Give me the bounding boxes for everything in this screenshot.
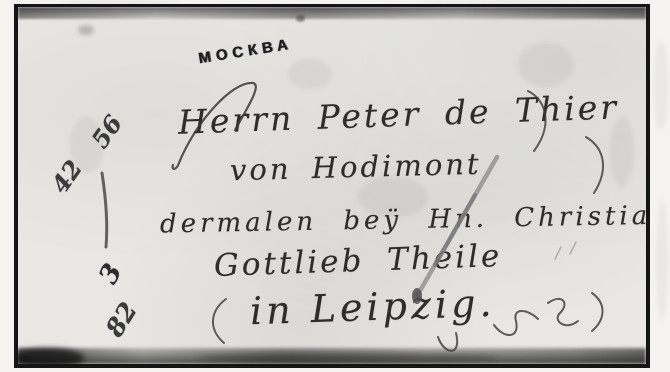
- trailing-squiggle-1: [494, 311, 538, 335]
- trailing-squiggle-2: [548, 299, 578, 325]
- crayon-stroke-core: [435, 195, 475, 265]
- flourish-before-line5: [213, 299, 226, 343]
- rate-marking-dash: [102, 173, 107, 247]
- flourish-after-line1: [528, 91, 545, 151]
- trailing-squiggle-3: [592, 293, 603, 331]
- page-printthrough-mark: [654, 40, 668, 130]
- leipzig-descender-loop: [438, 333, 457, 351]
- h-initial-flourish: [173, 83, 256, 169]
- crayon-stroke-end-blob: [412, 288, 422, 304]
- page-printthrough-mark: [656, 200, 668, 320]
- letter-surface: МОСКВА Herrn Peter de Thier von Hodimont…: [18, 7, 646, 364]
- letter-photo: МОСКВА Herrn Peter de Thier von Hodimont…: [14, 4, 650, 368]
- faint-tick-marks: [555, 242, 576, 259]
- ink-flourishes-overlay: [18, 7, 646, 364]
- flourish-after-line2: [586, 137, 603, 193]
- book-page: { "photo": { "postmark_text": "МОСКВА", …: [0, 0, 670, 372]
